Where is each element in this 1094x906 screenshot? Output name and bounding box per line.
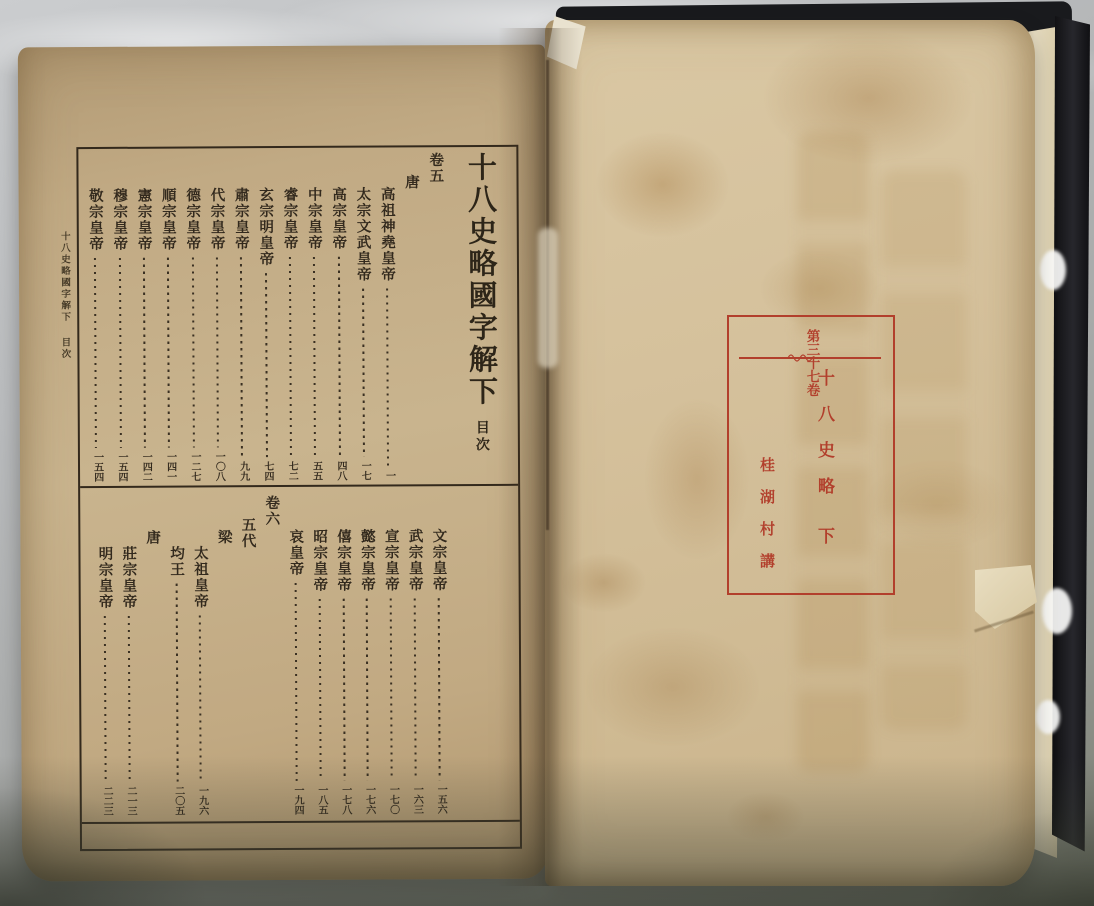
left-page: 十八史略國字解下目次 十八史略國字解下 目次 卷五唐高祖神堯皇帝一太宗文武皇帝一… — [18, 45, 549, 882]
page-number: 二〇五 — [172, 786, 183, 816]
page-number: 一七 — [358, 461, 369, 481]
toc-entry: 睿宗皇帝七二 — [277, 153, 303, 483]
dotted-leader — [414, 598, 417, 780]
stamp-volume-label: 第三十七卷 — [801, 329, 822, 344]
entry-label: 德宗皇帝 — [184, 187, 200, 251]
column-spacer — [271, 527, 273, 817]
stamp-title-suffix: 下 — [814, 513, 834, 563]
toc-entry: 明宗皇帝二二三 — [92, 496, 118, 818]
dotted-leader — [362, 289, 365, 457]
stamp-title: 十八史略下 — [815, 369, 832, 563]
page-number: 一五六 — [434, 784, 445, 814]
stamp-lecturer: 桂湖村講 — [759, 457, 774, 585]
dotted-leader — [386, 288, 389, 466]
divider-rule — [82, 820, 520, 824]
toc-entry: 宣宗皇帝一七〇 — [379, 494, 405, 816]
toc-entry: 憲宗皇帝一四二 — [131, 154, 157, 484]
dotted-leader — [318, 599, 321, 781]
page-number: 四八 — [334, 461, 345, 481]
page-number: 一六三 — [410, 784, 421, 814]
entry-label: 明宗皇帝 — [96, 546, 112, 610]
page-number: 七二 — [285, 461, 296, 481]
page-number: 一五四 — [115, 452, 126, 482]
dotted-leader — [337, 257, 340, 457]
entry-label: 唐 — [144, 530, 160, 546]
dotted-leader — [342, 599, 345, 781]
spine-glue-patch — [538, 228, 558, 368]
dotted-leader — [143, 258, 146, 448]
toc-heading: 唐 — [140, 496, 166, 818]
toc-section-2: 文宗皇帝一五六武宗皇帝一六三宣宗皇帝一七〇懿宗皇帝一七六僖宗皇帝一七八昭宗皇帝一… — [92, 494, 452, 818]
entry-label: 玄宗明皇帝 — [257, 187, 273, 267]
entry-label: 梁 — [216, 529, 232, 545]
toc-heading: 唐 — [399, 152, 425, 482]
page-number: 五五 — [310, 461, 321, 481]
margin-caption: 十八史略國字解下目次 — [57, 231, 72, 360]
page-number: 一七八 — [339, 785, 350, 815]
torn-paper-bit — [1042, 588, 1072, 634]
toc-entry: 高祖神堯皇帝一 — [374, 152, 400, 482]
page-number: 一七〇 — [387, 784, 398, 814]
toc-entry: 太祖皇帝一九六 — [188, 495, 214, 817]
page-number: 七四 — [261, 461, 272, 481]
page-number: 一四一 — [164, 452, 175, 482]
entry-label: 高祖神堯皇帝 — [379, 186, 395, 282]
entry-label: 宣宗皇帝 — [383, 528, 399, 592]
toc-entry: 敬宗皇帝一五四 — [82, 154, 108, 484]
torn-paper-bit — [547, 16, 589, 74]
dotted-leader — [167, 258, 170, 448]
toc-heading: 卷五 — [423, 152, 449, 482]
toc-entry: 懿宗皇帝一七六 — [355, 495, 381, 817]
toc-entry: 中宗皇帝五五 — [301, 153, 327, 483]
dotted-leader — [104, 616, 107, 782]
toc-frame: 十八史略國字解下 目次 卷五唐高祖神堯皇帝一太宗文武皇帝一七高宗皇帝四八中宗皇帝… — [76, 145, 522, 851]
page-number: 二二三 — [100, 786, 111, 816]
dotted-leader — [390, 598, 393, 780]
page-number: 九九 — [237, 461, 248, 481]
entry-label: 唐 — [403, 174, 419, 190]
toc-heading: 五代 — [235, 495, 261, 817]
entry-label: 中宗皇帝 — [306, 187, 322, 251]
dotted-leader — [295, 583, 298, 781]
toc-entry: 太宗文武皇帝一七 — [350, 153, 376, 483]
toc-heading: 梁 — [212, 495, 238, 817]
entry-label: 憲宗皇帝 — [135, 188, 151, 252]
margin-subtitle: 目次 — [59, 323, 70, 360]
page-number: 一九四 — [291, 785, 302, 815]
toc-entry: 穆宗皇帝一五四 — [107, 154, 133, 484]
toc-entry: 武宗皇帝一六三 — [402, 494, 428, 816]
toc-label: 目次 — [472, 420, 492, 454]
entry-label: 懿宗皇帝 — [359, 529, 375, 593]
entry-label: 太祖皇帝 — [192, 545, 208, 609]
entry-label: 五代 — [240, 517, 256, 549]
dotted-leader — [175, 584, 178, 782]
page-number: 一二七 — [188, 451, 199, 481]
dotted-leader — [199, 615, 202, 781]
toc-entry: 肅宗皇帝九九 — [228, 153, 254, 483]
entry-label: 武宗皇帝 — [407, 528, 423, 592]
entry-label: 卷六 — [263, 495, 279, 527]
toc-entry: 均王二〇五 — [164, 496, 190, 818]
photo-backdrop: 十八史略國字解下目次 十八史略國字解下 目次 卷五唐高祖神堯皇帝一太宗文武皇帝一… — [0, 0, 1094, 906]
dotted-leader — [313, 257, 316, 457]
toc-entry: 莊宗皇帝二一三 — [116, 496, 142, 818]
entry-label: 高宗皇帝 — [330, 187, 346, 251]
dotted-leader — [438, 598, 441, 780]
stamp-title-text: 十八史略 — [814, 369, 834, 513]
toc-entry: 文宗皇帝一五六 — [426, 494, 452, 816]
entry-label: 太宗文武皇帝 — [354, 187, 370, 283]
dotted-leader — [265, 273, 268, 457]
entry-label: 僖宗皇帝 — [335, 529, 351, 593]
page-number: 一五四 — [91, 452, 102, 482]
toc-entry: 順宗皇帝一四一 — [155, 154, 181, 484]
torn-paper-bit — [1040, 250, 1066, 290]
entry-label: 肅宗皇帝 — [233, 187, 249, 251]
entry-label: 睿宗皇帝 — [281, 187, 297, 251]
entry-label: 均王 — [168, 546, 184, 578]
toc-entry: 高宗皇帝四八 — [326, 153, 352, 483]
toc-entry: 昭宗皇帝一八五 — [307, 495, 333, 817]
entry-label: 莊宗皇帝 — [120, 546, 136, 610]
entry-label: 穆宗皇帝 — [111, 188, 127, 252]
entry-label: 順宗皇帝 — [160, 188, 176, 252]
entry-label: 哀皇帝 — [287, 529, 303, 577]
dotted-leader — [94, 258, 97, 448]
dotted-leader — [118, 258, 121, 448]
page-title: 十八史略國字解下 — [466, 152, 496, 408]
entry-label: 卷五 — [427, 152, 443, 184]
column-spacer — [435, 184, 437, 482]
red-stamp-box: 第三十七卷 十八史略下 桂湖村講 — [727, 315, 895, 595]
page-number: 一九六 — [196, 785, 207, 815]
margin-title: 十八史略國字解下 — [59, 231, 70, 323]
toc-entry: 代宗皇帝一〇八 — [204, 153, 230, 483]
dotted-leader — [240, 257, 243, 457]
book-title-column: 十八史略國字解下 目次 — [447, 152, 515, 482]
toc-heading: 卷六 — [259, 495, 285, 817]
column-spacer — [224, 545, 225, 817]
page-number: 一〇八 — [212, 451, 223, 481]
column-spacer — [152, 546, 153, 818]
torn-paper-bit — [1036, 700, 1060, 734]
dotted-leader — [216, 257, 219, 447]
toc-section-1: 十八史略國字解下 目次 卷五唐高祖神堯皇帝一太宗文武皇帝一七高宗皇帝四八中宗皇帝… — [82, 152, 515, 484]
dotted-leader — [191, 257, 194, 447]
toc-entry: 僖宗皇帝一七八 — [331, 495, 357, 817]
toc-entry: 德宗皇帝一二七 — [180, 153, 206, 483]
stamp-divider-rule — [739, 357, 881, 359]
entry-label: 文宗皇帝 — [430, 528, 446, 592]
squiggle-mark — [787, 353, 815, 362]
page-number: 一八五 — [315, 785, 326, 815]
column-spacer — [411, 190, 413, 482]
entry-label: 敬宗皇帝 — [87, 188, 103, 252]
page-number: 二一三 — [124, 786, 135, 816]
dotted-leader — [128, 616, 131, 782]
book-cover-right-edge — [1052, 16, 1090, 860]
toc-entry: 玄宗明皇帝七四 — [253, 153, 279, 483]
entry-label: 代宗皇帝 — [208, 187, 224, 251]
page-number: 一 — [383, 470, 394, 480]
page-number: 一四二 — [139, 452, 150, 482]
entry-label: 昭宗皇帝 — [311, 529, 327, 593]
column-spacer — [248, 549, 249, 817]
page-number: 一七六 — [363, 785, 374, 815]
dotted-leader — [366, 599, 369, 781]
toc-entry: 哀皇帝一九四 — [283, 495, 309, 817]
right-page: 第三十七卷 十八史略下 桂湖村講 — [545, 20, 1035, 886]
dotted-leader — [289, 257, 292, 457]
divider-rule — [80, 484, 518, 488]
